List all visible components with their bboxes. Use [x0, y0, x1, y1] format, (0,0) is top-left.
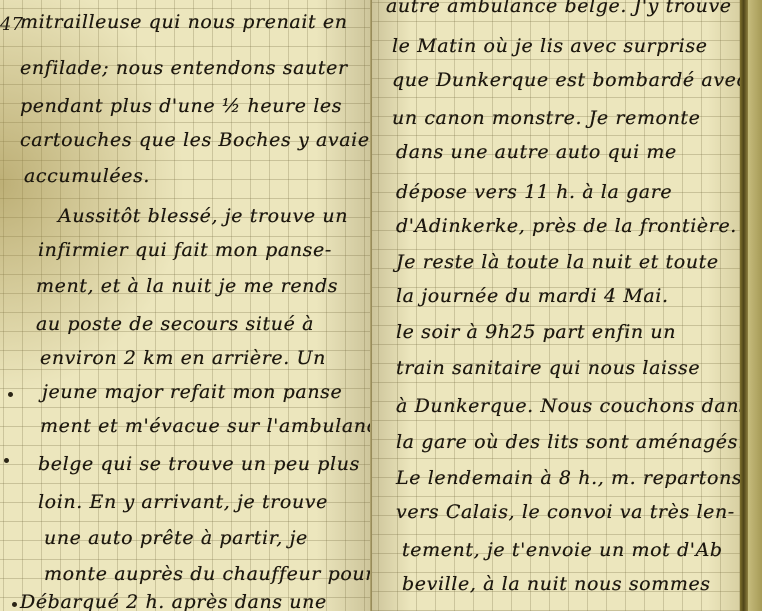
- text-line: à Dunkerque. Nous couchons dans: [396, 394, 749, 418]
- margin-mark: [12, 602, 17, 607]
- text-line: train sanitaire qui nous laisse: [396, 356, 700, 380]
- text-line: environ 2 km en arrière. Un: [40, 346, 326, 370]
- text-line: loin. En y arrivant, je trouve: [38, 490, 328, 514]
- text-line: infirmier qui fait mon panse-: [38, 238, 332, 262]
- text-line: le Matin où je lis avec surprise: [392, 34, 708, 58]
- text-line: Débarqué 2 h. après dans une: [20, 590, 327, 611]
- text-line: accumulées.: [24, 164, 150, 188]
- text-line: Je reste là toute la nuit et toute: [396, 250, 719, 274]
- text-line: dépose vers 11 h. à la gare: [396, 180, 672, 204]
- text-line: enfilade; nous entendons sauter: [20, 56, 348, 80]
- text-line: autre ambulance belge. J'y trouve: [386, 0, 732, 18]
- text-line: cartouches que les Boches y avaient: [20, 128, 391, 152]
- left-page: 47 mitrailleuse qui nous prenait en enfi…: [0, 0, 372, 611]
- text-line: la gare où des lits sont aménagés.: [396, 430, 745, 454]
- text-line: Le lendemain à 8 h., m. repartons: [396, 466, 742, 490]
- text-line: dans une autre auto qui me: [396, 140, 677, 164]
- text-line: un canon monstre. Je remonte: [392, 106, 701, 130]
- right-page: autre ambulance belge. J'y trouve le Mat…: [372, 0, 762, 611]
- text-line: Aussitôt blessé, je trouve un: [58, 204, 348, 228]
- text-line: monte auprès du chauffeur pour: [44, 562, 375, 586]
- page-edge-outer: [748, 0, 762, 611]
- text-line: d'Adinkerke, près de la frontière.: [396, 214, 737, 238]
- text-line: ment, et à la nuit je me rends: [36, 274, 338, 298]
- text-line: tement, je t'envoie un mot d'Ab: [402, 538, 723, 562]
- margin-mark: [8, 392, 13, 397]
- margin-mark: [4, 458, 9, 463]
- text-line: que Dunkerque est bombardé avec: [392, 68, 748, 92]
- text-line: beville, à la nuit nous sommes: [402, 572, 711, 596]
- text-line: jeune major refait mon panse: [42, 380, 342, 404]
- notebook-spread: 47 mitrailleuse qui nous prenait en enfi…: [0, 0, 762, 611]
- text-line: une auto prête à partir, je: [44, 526, 308, 550]
- text-line: belge qui se trouve un peu plus: [38, 452, 360, 476]
- text-line: vers Calais, le convoi va très len-: [396, 500, 735, 524]
- text-line: au poste de secours situé à: [36, 312, 314, 336]
- text-line: le soir à 9h25 part enfin un: [396, 320, 676, 344]
- text-line: pendant plus d'une ½ heure les: [20, 94, 342, 118]
- text-line: la journée du mardi 4 Mai.: [396, 284, 669, 308]
- page-edge: [740, 0, 748, 611]
- text-line: mitrailleuse qui nous prenait en: [20, 10, 348, 34]
- text-line: ment et m'évacue sur l'ambulance: [40, 414, 390, 438]
